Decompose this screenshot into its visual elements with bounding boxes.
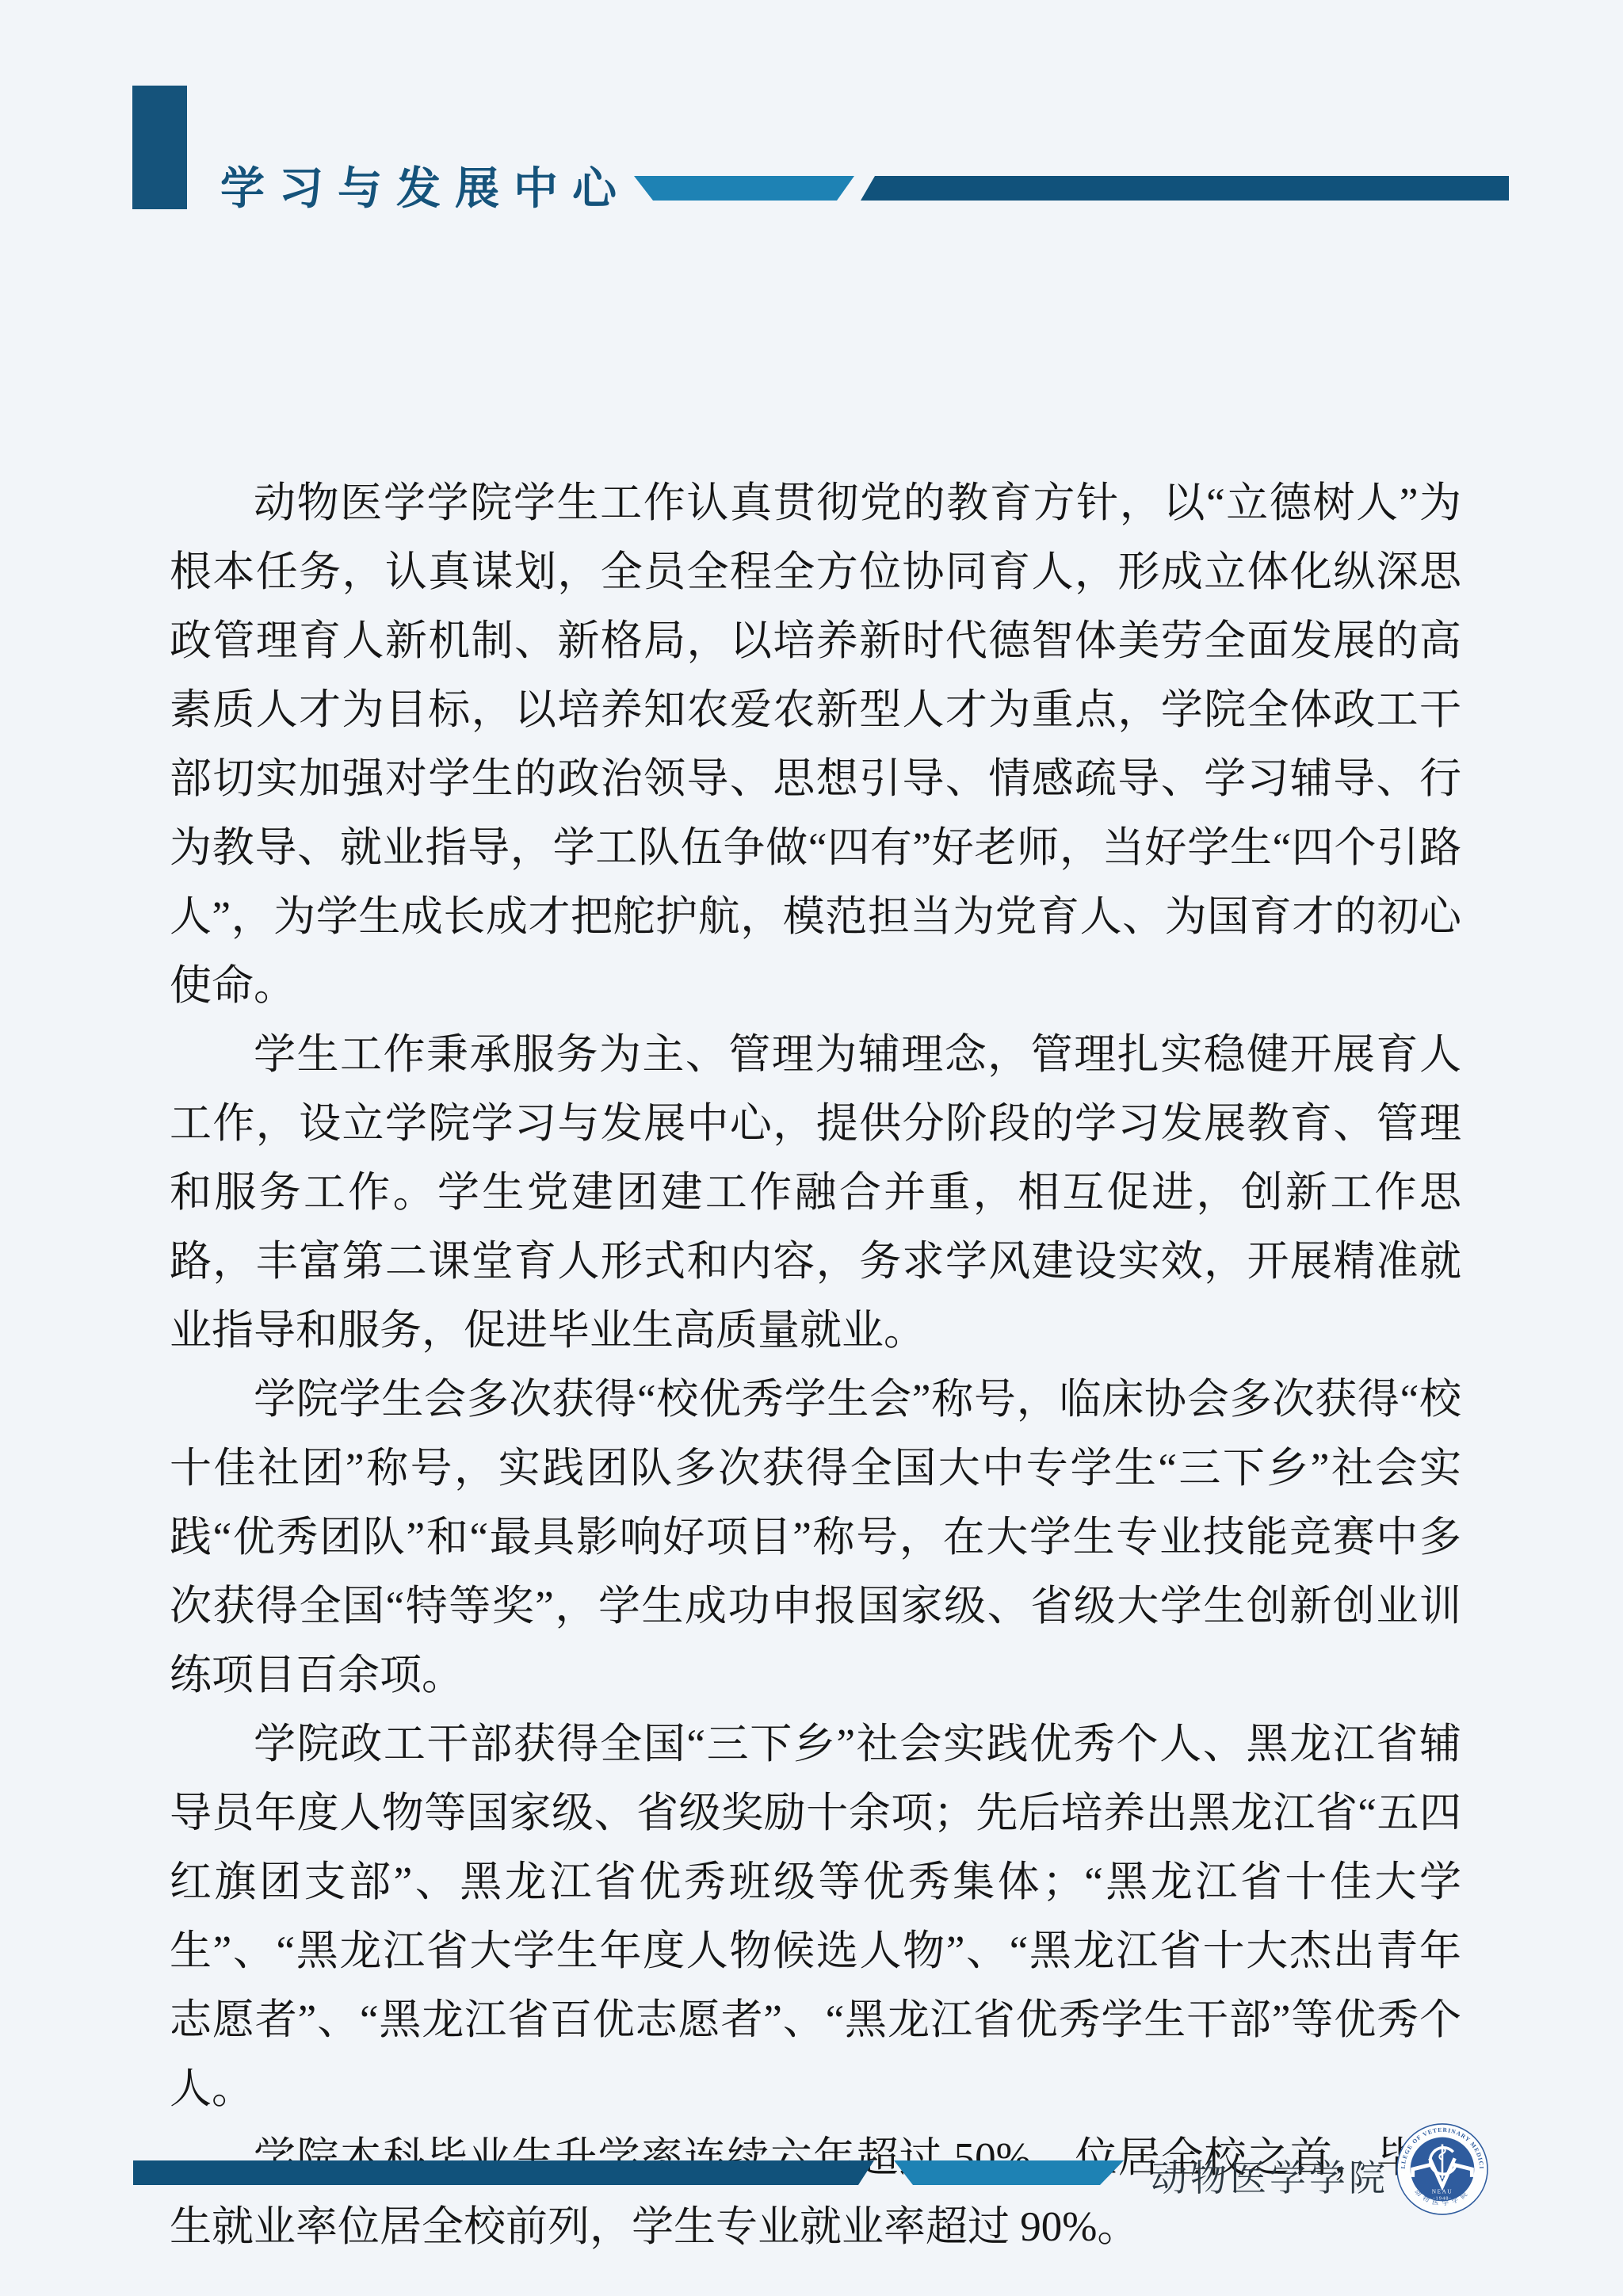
footer-college-name: 动物医学学院 xyxy=(1151,2149,1388,2202)
header-ribbon-dark xyxy=(861,176,1509,201)
paragraph: 学院政工干部获得全国“三下乡”社会实践优秀个人、黑龙江省辅导员年度人物等国家级、… xyxy=(170,1710,1461,2124)
footer-ribbon-dark xyxy=(133,2160,874,2185)
header-accent-bar xyxy=(132,86,187,209)
header-ribbon-light xyxy=(634,176,854,201)
college-logo-icon: COLLEGE OF VETERINARY MEDICINE 动物医学学院 NE… xyxy=(1396,2122,1489,2216)
paragraph: 动物医学学院学生工作认真贯彻党的教育方针，以“立德树人”为根本任务，认真谋划，全… xyxy=(170,469,1461,1021)
body-text: 动物医学学院学生工作认真贯彻党的教育方针，以“立德树人”为根本任务，认真谋划，全… xyxy=(170,469,1461,2262)
footer-ribbon-light xyxy=(894,2160,1124,2185)
logo-year-text: -1948- xyxy=(1433,2195,1451,2201)
paragraph: 学院学生会多次获得“校优秀学生会”称号，临床协会多次获得“校十佳社团”称号，实践… xyxy=(170,1366,1461,1710)
document-page: 学习与发展中心 动物医学学院学生工作认真贯彻党的教育方针，以“立德树人”为根本任… xyxy=(0,0,1623,2296)
logo-neau-text: NEAU xyxy=(1432,2188,1453,2195)
paragraph: 学生工作秉承服务为主、管理为辅理念，管理扎实稳健开展育人工作，设立学院学习与发展… xyxy=(170,1021,1461,1366)
page-title: 学习与发展中心 xyxy=(220,154,631,217)
